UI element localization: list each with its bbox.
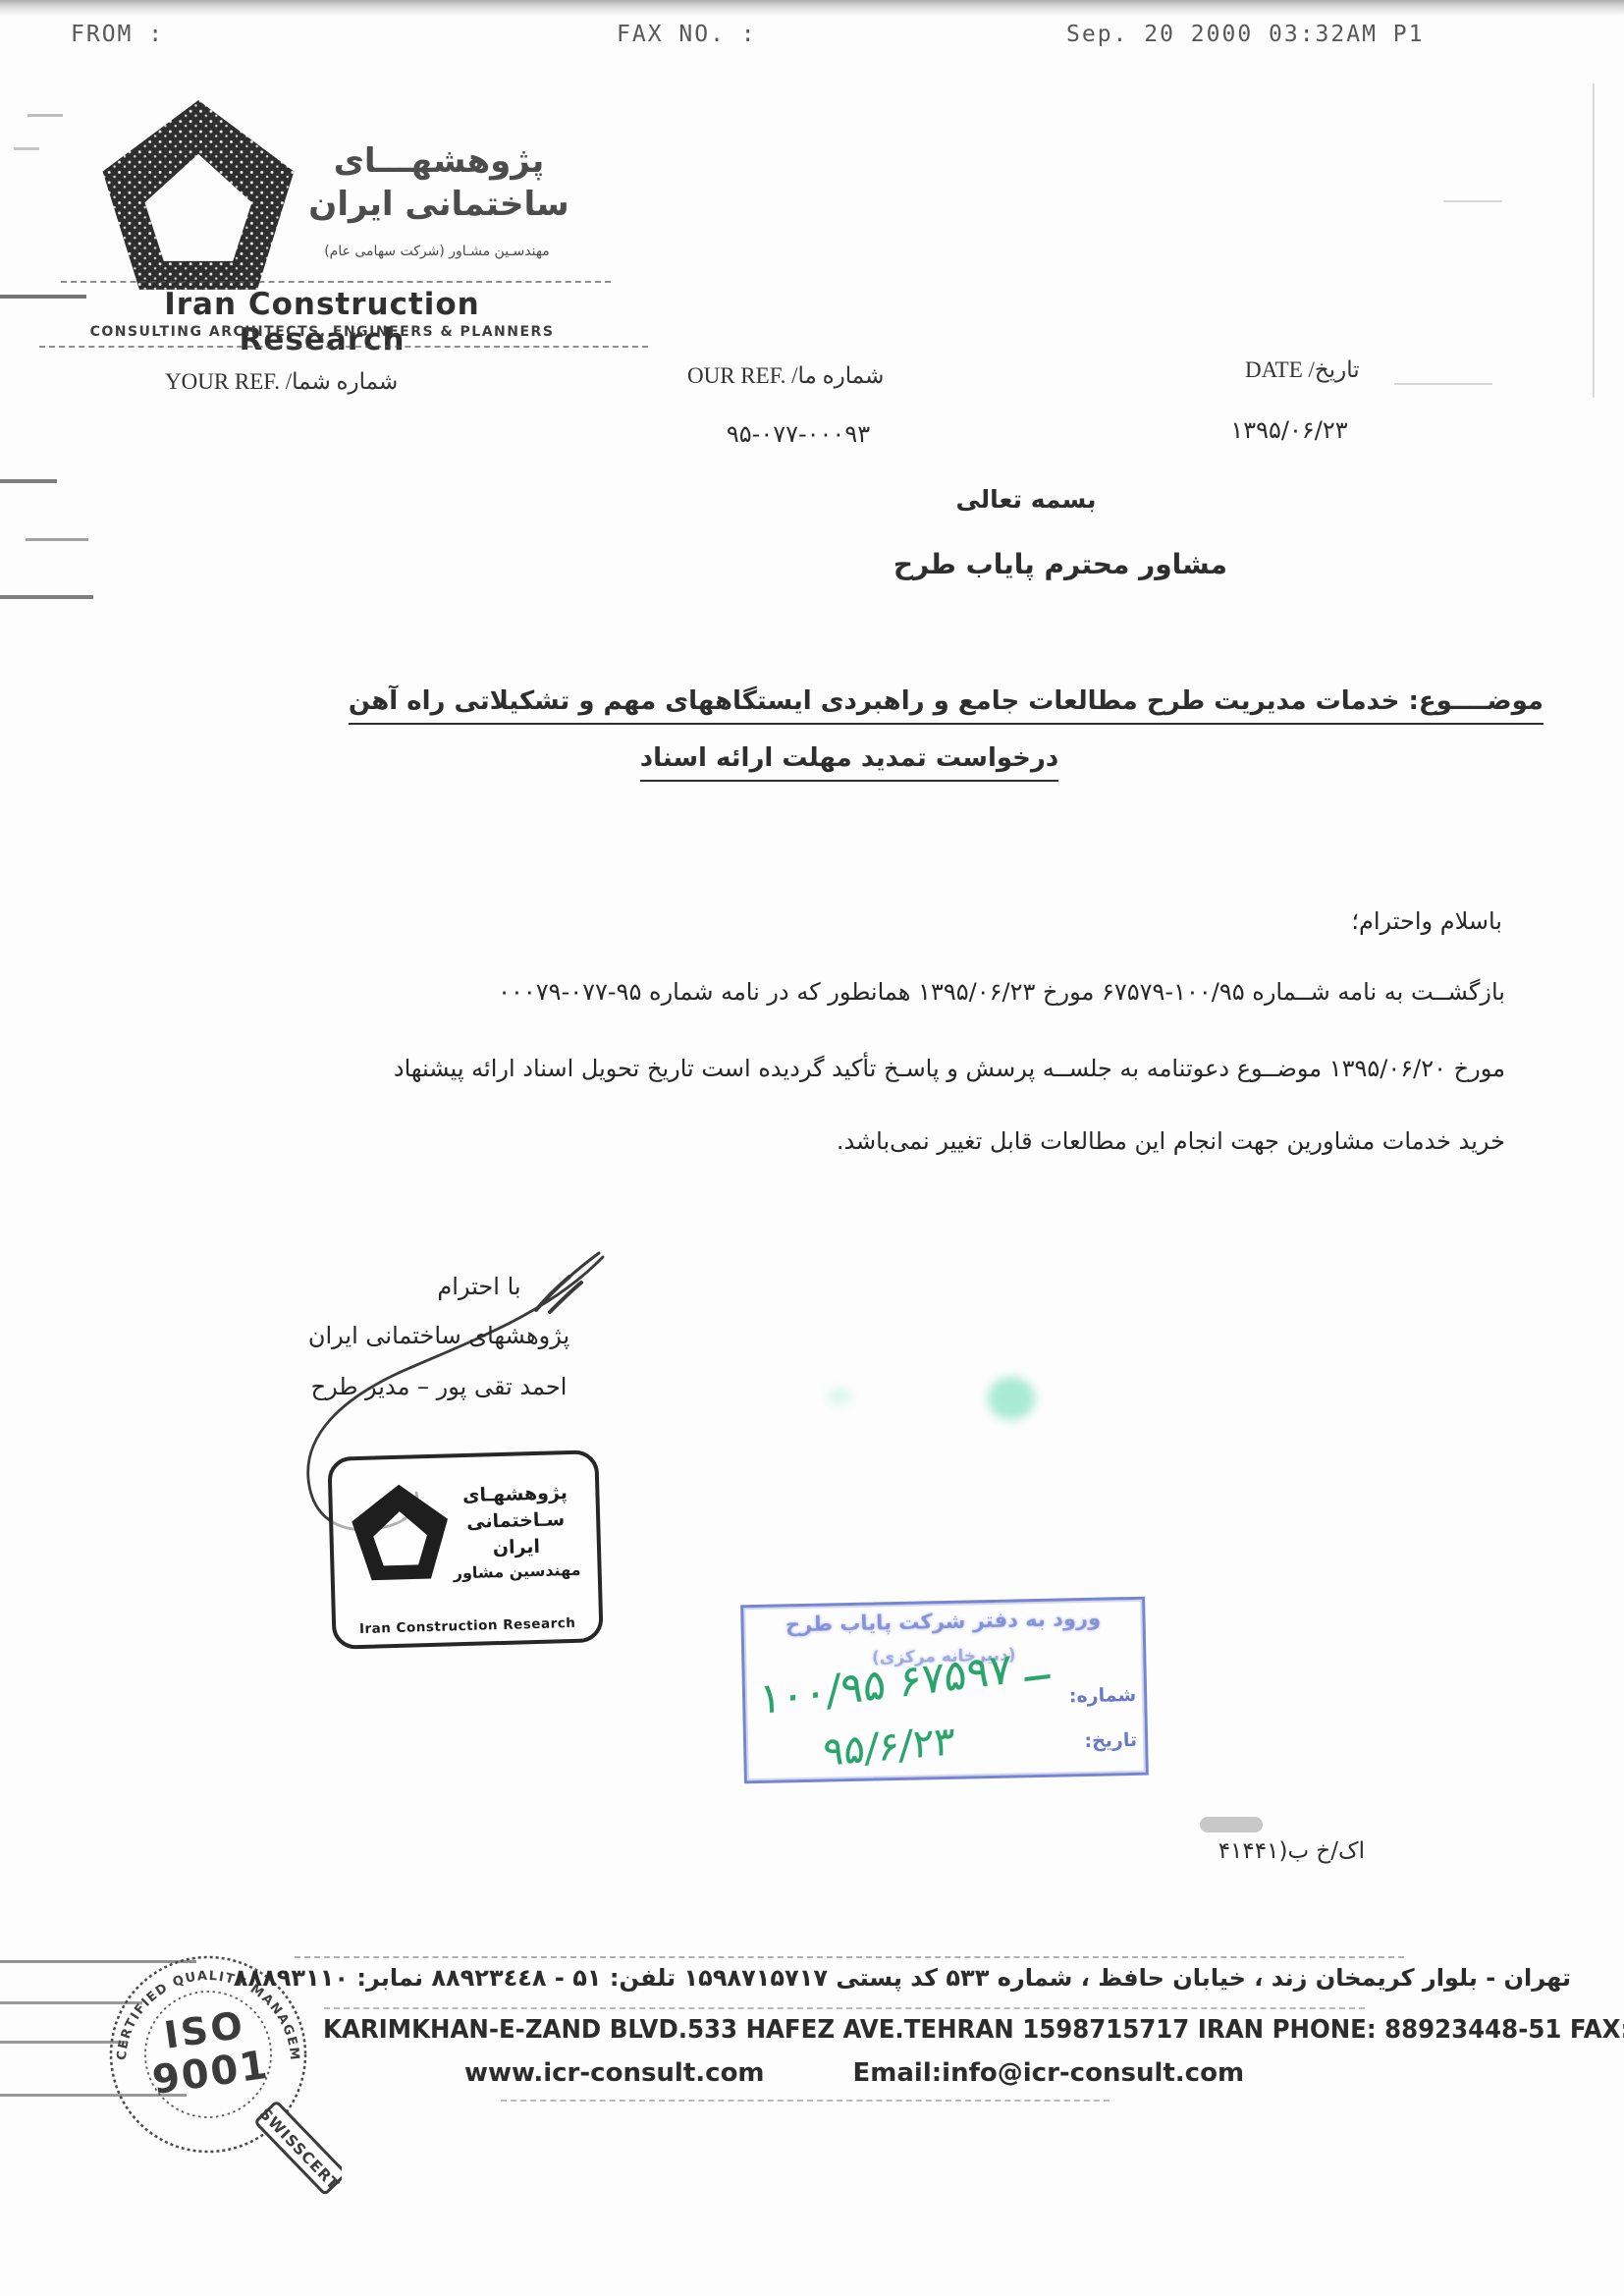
scan-artifact — [26, 538, 88, 541]
letterhead-rule-top — [61, 281, 611, 283]
letterhead-fa-name-line2: ساختمانی ایران — [306, 183, 571, 226]
subject-line-2-text: درخواست تمدید مهلت ارائه اسناد — [640, 743, 1058, 782]
scan-artifact — [0, 295, 86, 299]
scan-artifact — [0, 2094, 187, 2097]
signature-closing: با احترام — [401, 1273, 558, 1300]
body-line-2: مورخ ۱۳۹۵/۰۶/۲۰ موضــوع دعوتنامه به جلسـ… — [250, 1055, 1505, 1082]
signature-name-title: احمد تقی پور – مدیر طرح — [306, 1373, 571, 1400]
company-stamp-pentagon-icon — [348, 1481, 453, 1598]
letterhead-fa-name: پژوهشهـــای ساختمانی ایران — [306, 139, 571, 226]
received-stamp-line1: ورود به دفتر شرکت پایاب طرح — [743, 1606, 1142, 1637]
footer-address-fa: تهران - بلوار کریمخان زند ، خیابان حافظ … — [295, 1964, 1571, 1992]
body-line-3: خرید خدمات مشاورین جهت انجام این مطالعات… — [250, 1127, 1505, 1155]
filing-note: اک/خ ب(۴۱۴۴۱ — [1149, 1838, 1365, 1864]
our-ref-value: ۹۵-۰۷۷-۰۰۰۹۳ — [695, 420, 901, 448]
salutation-line: باسلام واحترام؛ — [1178, 907, 1502, 935]
company-stamp-en-line: Iran Construction Research — [336, 1614, 599, 1637]
body-line-1: بازگشــت به نامه شــماره ۱۰۰/۹۵-۶۷۵۷۹ مو… — [250, 978, 1505, 1006]
footer-rule-3 — [501, 2100, 1110, 2102]
company-stamp-fa-line2: سـاختمانی ایران — [447, 1506, 585, 1563]
website-link[interactable]: www.icr-consult.com — [464, 2058, 765, 2088]
letterhead-fa-subtitle: مهندسـین مشـاور (شرکت سهامی عام) — [295, 244, 579, 259]
company-stamp-fa-line1: پژوهشهـای — [446, 1480, 584, 1510]
scan-artifact — [0, 2041, 128, 2044]
subject-line-1: موضــــوع: خدمات مدیریت طرح مطالعات جامع… — [255, 682, 1543, 721]
scan-artifact — [27, 114, 63, 117]
ink-smudge — [988, 1377, 1035, 1420]
footer-address-en: KARIMKHAN-E-ZAND BLVD.533 HAFEZ AVE.TEHR… — [323, 2015, 1523, 2045]
whiteout-mark — [1200, 1817, 1263, 1832]
scan-artifact — [0, 1960, 196, 1963]
scan-artifact — [1593, 83, 1595, 398]
scan-artifact — [1443, 200, 1502, 202]
scan-artifact — [0, 479, 57, 483]
subject-line-1-text: موضــــوع: خدمات مدیریت طرح مطالعات جامع… — [349, 686, 1543, 725]
footer-rule-2 — [324, 2007, 1365, 2009]
letterhead-fa-name-line1: پژوهشهـــای — [306, 139, 571, 183]
iso-seal-handle-text: SWISSCERT — [256, 2105, 342, 2194]
recipient-line: مشاور محترم پایاب طرح — [923, 548, 1227, 580]
received-stamp-date-label: تاریخ: — [1084, 1729, 1137, 1752]
letterhead-rule-bottom — [39, 346, 648, 348]
footer-web-row: www.icr-consult.com Email:info@icr-consu… — [432, 2058, 1276, 2088]
received-stamp-number-label: شماره: — [1069, 1684, 1137, 1707]
fax-timestamp: Sep. 20 2000 03:32AM P1 — [1066, 22, 1425, 47]
company-stamp-fa-text: پژوهشهـای سـاختمانی ایران — [446, 1480, 585, 1563]
ink-smudge-small — [827, 1389, 852, 1404]
company-stamp: پژوهشهـای سـاختمانی ایران مهندسین مشاور … — [327, 1449, 603, 1650]
date-label: DATE /تاریخ — [1245, 357, 1360, 383]
signature-organization: پژوهشهای ساختمانی ایران — [306, 1322, 571, 1349]
scan-artifact — [14, 147, 39, 150]
scan-artifact — [0, 2001, 142, 2004]
scan-edge-band — [0, 0, 1624, 16]
our-ref-label: OUR REF. /شماره ما — [687, 363, 884, 389]
fax-document-page: FROM : FAX NO. : Sep. 20 2000 03:32AM P1… — [0, 0, 1624, 2296]
date-value: ۱۳۹۵/۰۶/۲۳ — [1206, 416, 1373, 444]
letterhead-en-subtitle: CONSULTING ARCHITECTS, ENGINEERS & PLANN… — [86, 324, 558, 340]
company-stamp-fa-line3: مهندسین مشاور — [448, 1560, 585, 1583]
your-ref-label: YOUR REF. /شماره شما — [165, 369, 398, 395]
footer-rule-1 — [295, 1956, 1404, 1958]
fax-number-label: FAX NO. : — [617, 22, 757, 47]
fax-from-label: FROM : — [71, 22, 164, 47]
scan-artifact — [0, 595, 93, 599]
scan-artifact — [1394, 383, 1492, 385]
email-link[interactable]: Email:info@icr-consult.com — [853, 2058, 1245, 2088]
subject-line-2: درخواست تمدید مهلت ارائه اسناد — [628, 738, 1070, 778]
bismillah-text: بسمه تعالی — [923, 485, 1129, 514]
